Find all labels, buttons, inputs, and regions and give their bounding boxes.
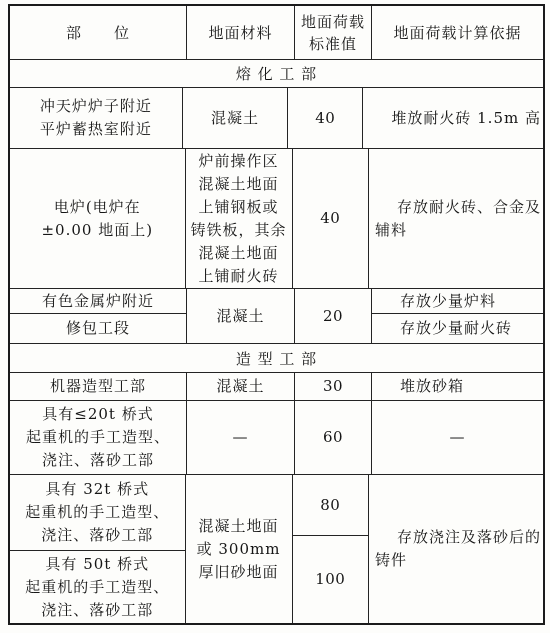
- nonferrous-load-value: 20: [323, 305, 343, 328]
- section-molding-label: 造 型 工 部: [10, 344, 543, 372]
- cell-electric-load: 40: [293, 149, 369, 288]
- crane32-part-line3: 浇注、落砂工部: [41, 524, 153, 547]
- crane20-material-dash: —: [233, 426, 249, 449]
- header-load-label-line1: 地面荷载: [301, 11, 365, 33]
- cell-crane-material-merged: 混凝土地面 或 300mm 厚旧砂地面: [186, 475, 293, 623]
- crane20-part-line3: 浇注、落砂工部: [42, 449, 154, 472]
- header-cell-basis: 地面荷载计算依据: [372, 6, 543, 59]
- nonferrous-part: 有色金属炉附近: [42, 290, 154, 313]
- header-cell-load: 地面荷载 标准值: [295, 6, 372, 59]
- col-load-crane-32t-50t: 80 100: [293, 475, 369, 623]
- cell-electric-basis: 存放耐火砖、合金及 辅料: [369, 149, 543, 288]
- electric-material-line2: 混凝土地面: [199, 173, 279, 196]
- crane-basis-line2: 铸件: [375, 549, 407, 572]
- crane32-load-value: 80: [320, 494, 340, 517]
- cell-electric-part: 电炉(电炉在 ±0.00 地面上): [10, 149, 186, 288]
- electric-basis-line2: 辅料: [375, 219, 407, 242]
- header-cell-part: 部 位: [10, 6, 187, 59]
- crane-material-line2: 或 300mm: [197, 538, 281, 561]
- machine-basis: 堆放砂箱: [378, 375, 464, 398]
- electric-part-line1: 电炉(电炉在: [54, 196, 141, 219]
- cell-crane50-load: 100: [293, 536, 368, 623]
- machine-part: 机器造型工部: [50, 375, 146, 398]
- cell-machine-load: 30: [295, 373, 372, 400]
- electric-material-line3: 上铺钢板或: [199, 196, 279, 219]
- table-header-row: 部 位 地面材料 地面荷载 标准值 地面荷载计算依据: [10, 6, 543, 60]
- nonferrous-basis: 存放少量炉料: [378, 290, 496, 313]
- cell-crane-basis-merged: 存放浇注及落砂后的 铸件: [369, 475, 543, 623]
- header-part-label: 部 位: [66, 22, 130, 44]
- crane50-part-line1: 具有 50t 桥式: [45, 553, 149, 576]
- cell-cupola-part: 冲天炉炉子附近 平炉蓄热室附近: [10, 88, 183, 148]
- crane-basis-line1: 存放浇注及落砂后的: [375, 526, 541, 549]
- electric-material-line5: 混凝土地面: [199, 242, 279, 265]
- cell-nonferrous-basis: 存放少量炉料: [372, 289, 543, 314]
- crane-material-line1: 混凝土地面: [199, 515, 279, 538]
- crane-material-line3: 厚旧砂地面: [199, 561, 279, 584]
- col-part-nonferrous-repair: 有色金属炉附近 修包工段: [10, 289, 187, 343]
- repair-part: 修包工段: [66, 317, 130, 340]
- cell-crane32-load: 80: [293, 475, 368, 536]
- machine-material: 混凝土: [216, 375, 264, 398]
- electric-material-line6: 上铺耐火砖: [199, 265, 279, 288]
- crane32-part-line2: 起重机的手工造型、: [25, 501, 169, 524]
- cell-crane50-part: 具有 50t 桥式 起重机的手工造型、 浇注、落砂工部: [10, 551, 185, 623]
- cupola-basis: 堆放耐火砖 1.5m 高: [369, 107, 541, 130]
- cell-crane20-part: 具有≤20t 桥式 起重机的手工造型、 浇注、落砂工部: [10, 401, 187, 474]
- header-material-label: 地面材料: [208, 22, 272, 44]
- row-machine-molding: 机器造型工部 混凝土 30 堆放砂箱: [10, 373, 543, 401]
- electric-material-line4: 铸铁板，其余: [191, 219, 287, 242]
- cell-cupola-load: 40: [288, 88, 363, 148]
- cell-crane20-material: —: [187, 401, 295, 474]
- section-row-molding: 造 型 工 部: [10, 344, 543, 373]
- cell-nonferrous-load-merged: 20: [295, 289, 372, 343]
- crane32-part-line1: 具有 32t 桥式: [45, 478, 149, 501]
- electric-basis-line1: 存放耐火砖、合金及: [375, 196, 541, 219]
- row-electric-furnace: 电炉(电炉在 ±0.00 地面上) 炉前操作区 混凝土地面 上铺钢板或 铸铁板，…: [10, 149, 543, 289]
- crane20-part-line1: 具有≤20t 桥式: [42, 403, 153, 426]
- cell-nonferrous-material-merged: 混凝土: [187, 289, 295, 343]
- crane20-part-line2: 起重机的手工造型、: [26, 426, 170, 449]
- crane50-part-line2: 起重机的手工造型、: [25, 576, 169, 599]
- crane20-basis-dash: —: [450, 426, 466, 449]
- cell-repair-basis: 存放少量耐火砖: [372, 314, 543, 343]
- cell-cupola-material: 混凝土: [183, 88, 288, 148]
- row-crane-20t: 具有≤20t 桥式 起重机的手工造型、 浇注、落砂工部 — 60 —: [10, 401, 543, 475]
- header-basis-label: 地面荷载计算依据: [393, 22, 521, 44]
- row-group-crane-32t-50t: 具有 32t 桥式 起重机的手工造型、 浇注、落砂工部 具有 50t 桥式 起重…: [10, 475, 543, 623]
- electric-part-line2: ±0.00 地面上): [41, 219, 153, 242]
- crane20-load-value: 60: [323, 426, 343, 449]
- cell-nonferrous-part: 有色金属炉附近: [10, 289, 186, 314]
- floor-load-table: 部 位 地面材料 地面荷载 标准值 地面荷载计算依据 熔 化 工 部 冲天炉炉子…: [8, 4, 545, 625]
- row-group-nonferrous-repair: 有色金属炉附近 修包工段 混凝土 20 存放少量炉料 存放少量耐火砖: [10, 289, 543, 344]
- repair-basis: 存放少量耐火砖: [378, 317, 512, 340]
- cupola-material: 混凝土: [211, 107, 259, 130]
- crane50-part-line3: 浇注、落砂工部: [41, 599, 153, 622]
- cell-crane20-basis: —: [372, 401, 543, 474]
- cupola-load-value: 40: [315, 107, 335, 130]
- cell-machine-part: 机器造型工部: [10, 373, 187, 400]
- cell-crane32-part: 具有 32t 桥式 起重机的手工造型、 浇注、落砂工部: [10, 475, 185, 551]
- cupola-part-line2: 平炉蓄热室附近: [40, 118, 152, 141]
- header-load-label-line2: 标准值: [309, 33, 357, 55]
- row-cupola: 冲天炉炉子附近 平炉蓄热室附近 混凝土 40 堆放耐火砖 1.5m 高: [10, 88, 543, 149]
- cupola-part-line1: 冲天炉炉子附近: [40, 95, 152, 118]
- crane50-load-value: 100: [315, 568, 345, 591]
- machine-load-value: 30: [323, 375, 343, 398]
- header-cell-material: 地面材料: [187, 6, 295, 59]
- col-part-crane-32t-50t: 具有 32t 桥式 起重机的手工造型、 浇注、落砂工部 具有 50t 桥式 起重…: [10, 475, 186, 623]
- section-row-melting: 熔 化 工 部: [10, 60, 543, 88]
- cell-machine-basis: 堆放砂箱: [372, 373, 543, 400]
- cell-machine-material: 混凝土: [187, 373, 295, 400]
- cell-cupola-basis: 堆放耐火砖 1.5m 高: [363, 88, 543, 148]
- section-melting-label: 熔 化 工 部: [10, 60, 543, 87]
- electric-load-value: 40: [320, 207, 340, 230]
- cell-repair-part: 修包工段: [10, 314, 186, 343]
- electric-material-line1: 炉前操作区: [199, 150, 279, 173]
- cell-electric-material: 炉前操作区 混凝土地面 上铺钢板或 铸铁板，其余 混凝土地面 上铺耐火砖: [186, 149, 293, 288]
- cell-crane20-load: 60: [295, 401, 372, 474]
- nonferrous-material: 混凝土: [216, 305, 264, 328]
- col-basis-nonferrous-repair: 存放少量炉料 存放少量耐火砖: [372, 289, 543, 343]
